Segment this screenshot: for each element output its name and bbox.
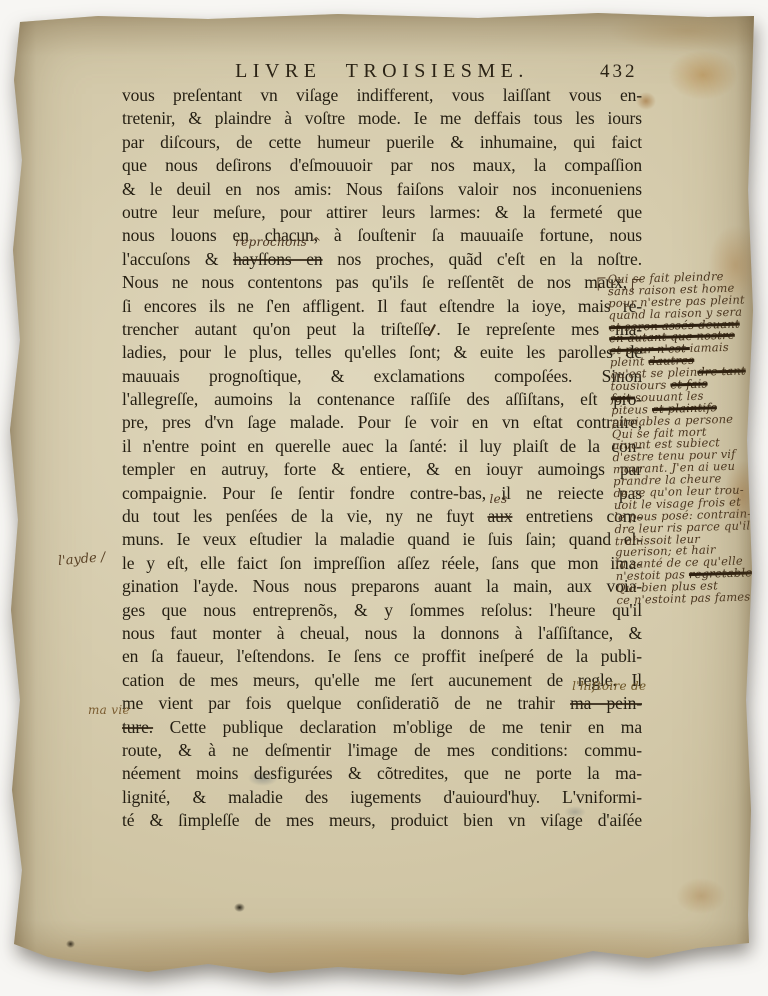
print-line: trencher autant qu'on peut la triſteſſe.…: [122, 318, 642, 341]
print-line: nous louons en chacun, à ſouſtenir ſa ma…: [122, 224, 642, 247]
print-text: Cette publique declaration m'oblige de m…: [153, 717, 642, 737]
print-line: & le deuil en nos amis: Nous faiſons val…: [122, 178, 642, 201]
print-line: tretenir, & plaindre à voſtre mode. Ie m…: [122, 107, 642, 130]
print-text: compaignie. Pour ſe ſentir fondre contre…: [122, 483, 642, 503]
print-text: trencher autant qu'on peut la triſteſſe: [122, 319, 430, 339]
book-page: LIVRE TROISIESME. 432 vous preſentant vn…: [8, 10, 756, 982]
print-text: ſi encores ils ne ſ'en affligent. Il fau…: [122, 296, 642, 316]
print-line: me vient par fois quelque conſideratiõ d…: [122, 692, 642, 715]
print-text: que nous deſirons d'eſmouuoir par nos ma…: [122, 155, 642, 175]
print-text: tretenir, & plaindre à voſtre mode. Ie m…: [122, 108, 642, 128]
print-line: Nous ne nous contentons pas qu'ils ſe re…: [122, 271, 642, 294]
print-line: gination l'ayde. Nous nous preparons aua…: [122, 575, 642, 598]
struck-print-text: ma pein-: [570, 693, 642, 713]
print-text: & le deuil en nos amis: Nous faiſons val…: [122, 179, 642, 199]
print-text: par diſcours, de cette humeur puerile & …: [122, 132, 642, 152]
print-line: néement moins desfigurées & cõtredites, …: [122, 762, 642, 785]
print-line: du tout les penſées de la vie, ny ne fuy…: [122, 505, 642, 528]
print-text: du tout les penſées de la vie, ny ne fuy…: [122, 506, 487, 526]
print-text: mauuais prognoſtique, & exclamations com…: [122, 366, 642, 386]
print-line: ture.ma vie Cette publique declaration m…: [122, 716, 642, 739]
print-text: ladies, pour le plus, telles qu'elles ſo…: [122, 342, 642, 362]
print-line: nous faut monter à cheual, nous la donno…: [122, 622, 642, 645]
print-text: vous preſentant vn viſage indifferent, v…: [122, 85, 642, 105]
print-line: compaignie. Pour ſe ſentir fondre contre…: [122, 482, 642, 505]
print-text: muns. Ie veux eſtudier la maladie quand …: [122, 529, 642, 549]
print-line: que nous deſirons d'eſmouuoir par nos ma…: [122, 154, 642, 177]
print-text: l'allegreſſe, aumoins la contenance raſſ…: [122, 389, 642, 409]
print-line: outre leur meſure, pour attirer leurs la…: [122, 201, 642, 224]
print-line: lignité, & maladie des iugements d'auiou…: [122, 786, 642, 809]
print-text: ges que nous entreprenõs, & y ſommes reſ…: [122, 600, 642, 620]
print-line: mauuais prognoſtique, & exclamations com…: [122, 365, 642, 388]
print-text: me vient par fois quelque conſideratiõ d…: [122, 693, 570, 713]
handwritten-insert: l'hiſtoire de: [572, 680, 646, 692]
margin-tie-mark-icon: [597, 277, 605, 290]
print-line: pre, pres d'vn ſage malade. Pour ſe voir…: [122, 411, 642, 434]
print-line: cation de mes meurs, qu'elle me ſert auc…: [122, 669, 642, 692]
handwritten-insert: ma vie: [88, 704, 130, 716]
print-text: nos proches, quãd c'eſt en la noſtre.: [323, 249, 642, 269]
print-text: lignité, & maladie des iugements d'auiou…: [122, 787, 642, 807]
print-text: gination l'ayde. Nous nous preparons aua…: [122, 576, 642, 596]
struck-print-text: ture.: [122, 717, 153, 737]
print-text: nous louons en chacun, à ſouſtenir ſa ma…: [122, 225, 642, 245]
print-text: route, & à ne deſmentir l'image de mes c…: [122, 740, 642, 760]
print-line: en ſa faueur, l'eſtendons. Ie ſens ce pr…: [122, 645, 642, 668]
struck-print-text: aux: [487, 506, 512, 526]
corrected-passage: auxles: [487, 506, 512, 526]
print-line: par diſcours, de cette humeur puerile & …: [122, 131, 642, 154]
print-text: té & ſimpleſſe de mes meurs, produict bi…: [122, 810, 642, 830]
corrected-passage: hayſſons enreprochons ^: [233, 249, 322, 269]
printed-body-text: vous preſentant vn viſage indifferent, v…: [122, 84, 642, 833]
corrected-passage: ture.ma vie: [122, 717, 153, 737]
print-line: ladies, pour le plus, telles qu'elles ſo…: [122, 341, 642, 364]
print-line: ſi encores ils ne ſ'en affligent. Il fau…: [122, 295, 642, 318]
print-text: néement moins desfigurées & cõtredites, …: [122, 763, 642, 783]
marginalia-text: iamais: [690, 340, 729, 355]
print-text: nous faut monter à cheual, nous la donno…: [122, 623, 642, 643]
print-text: cation de mes meurs, qu'elle me ſert auc…: [122, 670, 642, 690]
print-text: l'accuſons &: [122, 249, 233, 269]
print-text: Nous ne nous contentons pas qu'ils ſe re…: [122, 272, 627, 292]
print-line: ges que nous entreprenõs, & y ſommes reſ…: [122, 599, 642, 622]
print-line: templer en autruy, forte & entiere, & en…: [122, 458, 642, 481]
marginalia-text: ce n'estoint pas fames: [616, 589, 750, 607]
running-head: LIVRE TROISIESME.: [122, 60, 642, 83]
print-line: il n'entre point en querelle auec la ſan…: [122, 435, 642, 458]
margin-note-layde: l'ayde /: [57, 550, 105, 569]
print-line: l'accuſons & hayſſons enreprochons ^ nos…: [122, 248, 642, 271]
print-line: té & ſimpleſſe de mes meurs, produict bi…: [122, 809, 642, 832]
handwritten-insert: les: [489, 493, 507, 505]
print-line: vous preſentant vn viſage indifferent, v…: [122, 84, 642, 107]
print-line: le y eſt, elle faict ſon impreſſion aſſe…: [122, 552, 642, 575]
struck-print-text: hayſſons en: [233, 249, 322, 269]
print-text: il n'entre point en querelle auec la ſan…: [122, 436, 642, 456]
print-text: le y eſt, elle faict ſon impreſſion aſſe…: [122, 553, 642, 573]
print-line: muns. Ie veux eſtudier la maladie quand …: [122, 528, 642, 551]
corrected-passage: ma pein-l'hiſtoire de: [570, 693, 642, 713]
print-text: pre, pres d'vn ſage malade. Pour ſe voir…: [122, 412, 642, 432]
marginalia-line: ce n'estoint pas fames: [616, 591, 768, 607]
marginalia-right: Qui se fait pleindresans raison est home…: [607, 270, 768, 607]
handwritten-insert: reprochons ^: [235, 236, 322, 248]
print-line: route, & à ne deſmentir l'image de mes c…: [122, 739, 642, 762]
print-text: outre leur meſure, pour attirer leurs la…: [122, 202, 642, 222]
print-line: l'allegreſſe, aumoins la contenance raſſ…: [122, 388, 642, 411]
scanned-book-page-photo: LIVRE TROISIESME. 432 vous preſentant vn…: [0, 0, 768, 996]
page-number: 432: [600, 61, 638, 83]
print-text: en ſa faueur, l'eſtendons. Ie ſens ce pr…: [122, 646, 642, 666]
print-text: templer en autruy, forte & entiere, & en…: [122, 459, 642, 479]
